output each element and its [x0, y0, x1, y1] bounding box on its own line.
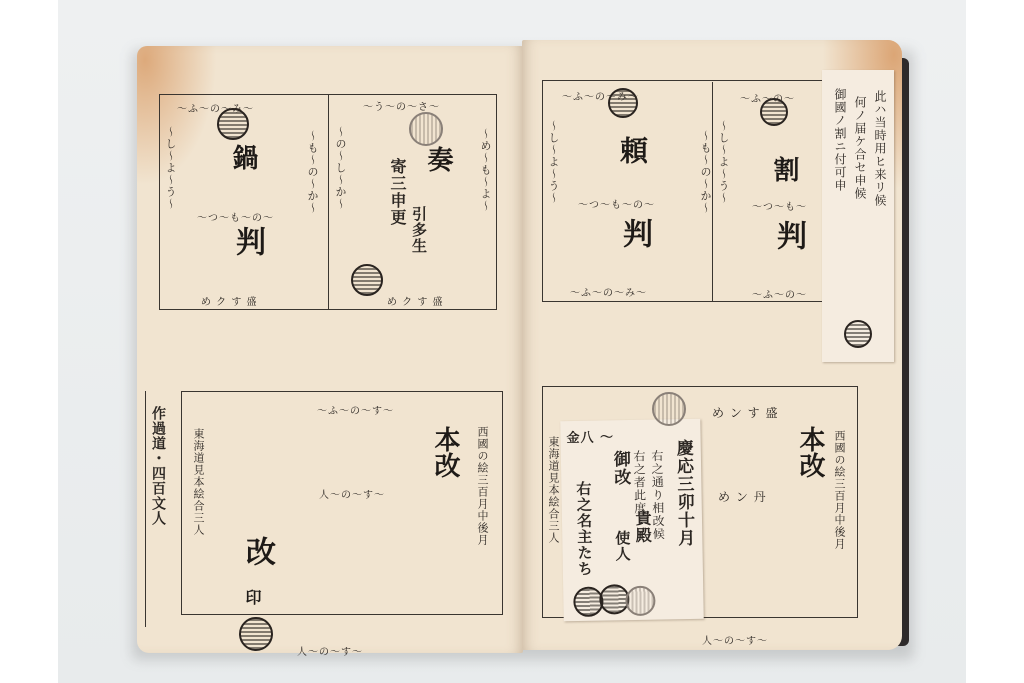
side-column: 〜め〜も〜よ〜 — [480, 128, 491, 212]
date-column: 西國の絵三百月中後月 — [834, 430, 845, 550]
slip-column: 貴殿 — [634, 510, 651, 544]
large-character: 本改 — [792, 426, 829, 478]
faint-round-seal — [652, 392, 686, 426]
slip-column: 使人 — [614, 530, 630, 562]
panel-bottom-line: 〜ふ〜の〜 — [752, 286, 807, 301]
large-character: 判 — [225, 226, 269, 256]
side-column: 〜も〜の〜か〜 — [307, 130, 318, 214]
slip-column: 右之者此度 — [633, 450, 646, 515]
script-column: 引多生 — [411, 206, 426, 254]
large-character: 頼 — [612, 136, 652, 164]
round-seal — [351, 264, 383, 296]
panel-top-line: 〜う〜の〜さ〜 — [363, 98, 440, 113]
slip-column: 此ハ当時用ヒ来リ候 — [874, 90, 886, 207]
panel-top-line: め ン す 盛 — [712, 404, 778, 421]
round-seal — [760, 98, 788, 126]
slip-column: 右之通り相改候 — [651, 449, 665, 540]
side-column: 〜の〜し〜か〜 — [335, 126, 346, 210]
left-page: 〜ふ〜の〜み〜 〜し〜よ〜う〜 〜も〜の〜か〜 鍋 〜つ〜も〜の〜 判 め ク … — [137, 46, 523, 653]
pasted-receipt-slip: 金八 〜 慶応三卯十月 右之通り相改候 右之者此度 御改 貴殿 使人 右之名主た… — [560, 419, 703, 621]
panel-top-line: 〜ふ〜の〜す〜 — [317, 402, 394, 417]
side-column: 〜も〜の〜か〜 — [700, 130, 711, 214]
panel-bottom-line: 人〜の〜す〜 — [702, 632, 768, 647]
large-character: 判 — [612, 218, 656, 248]
side-column: 東海道見本絵合三人 — [193, 428, 204, 536]
round-seal — [844, 320, 872, 348]
signature: 印 — [241, 589, 264, 605]
faint-round-seal — [409, 112, 443, 146]
slip-column: 何ノ届ケ合セ申候 — [854, 96, 866, 200]
large-character: 奏 — [420, 146, 457, 172]
side-column: 〜し〜よ〜う〜 — [165, 126, 176, 210]
slip-date: 慶応三卯十月 — [674, 439, 693, 547]
large-character: 判 — [766, 220, 810, 250]
panel-mid-line: め ン 丹 — [718, 488, 767, 505]
pasted-paper-slip: 此ハ当時用ヒ来リ候 何ノ届ケ合セ申候 御國ノ割ニ付可申 — [822, 70, 894, 362]
side-column: 〜し〜よ〜う〜 — [718, 120, 729, 204]
panel-bottom-line: め ク す 盛 — [387, 293, 444, 308]
faint-round-seal — [625, 586, 656, 617]
panel-mid-line: 〜つ〜も〜の〜 — [197, 209, 274, 224]
large-character: 鍋 — [225, 144, 262, 170]
date-column: 西國の絵三百月中後月 — [477, 426, 488, 546]
left-lower-frame — [181, 391, 503, 615]
panel-mid-line: 人〜の〜す〜 — [319, 486, 385, 501]
slip-column: 右之名主たち — [575, 481, 592, 577]
slip-column: 御國ノ割ニ付可申 — [834, 88, 846, 192]
right-upper-frame — [542, 80, 834, 302]
margin-rule — [145, 391, 146, 627]
panel-bottom-line: 人〜の〜す〜 — [297, 643, 363, 658]
round-seal — [217, 108, 249, 140]
round-seal — [239, 617, 273, 651]
right-page: 〜ふ〜の〜み〜 〜し〜よ〜う〜 〜も〜の〜か〜 頼 〜つ〜も〜の〜 判 〜ふ〜の… — [522, 40, 902, 650]
panel-mid-line: 〜つ〜も〜 — [752, 198, 807, 213]
slip-header: 金八 〜 — [566, 426, 614, 446]
side-column: 〜し〜よ〜う〜 — [548, 120, 559, 204]
script-column: 寄三申更 — [389, 158, 405, 226]
panel-divider — [328, 94, 329, 310]
large-character: 改 — [235, 536, 279, 566]
panel-bottom-line: 〜ふ〜の〜み〜 — [570, 284, 647, 299]
side-column: 東海道見本絵合三人 — [548, 436, 559, 544]
large-character: 本改 — [427, 426, 464, 478]
outside-column: 作過道・四百文人 — [151, 406, 165, 526]
panel-mid-line: 〜つ〜も〜の〜 — [578, 196, 655, 211]
panel-bottom-line: め ク す 盛 — [201, 293, 258, 308]
large-character: 割 — [766, 156, 803, 182]
round-seal — [608, 88, 638, 118]
slip-column: 御改 — [611, 450, 629, 486]
panel-divider — [712, 82, 713, 302]
